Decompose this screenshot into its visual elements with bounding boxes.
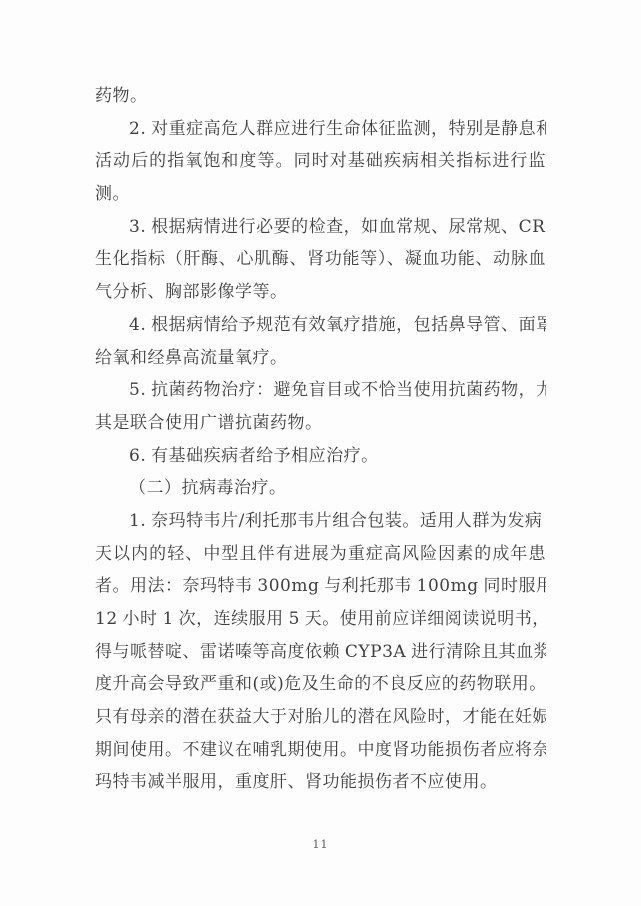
text-line: 药物。 [95,80,546,113]
text-line: 者。用法：奈玛特韦 300mg 与利托那韦 100mg 同时服用，每 [95,570,546,603]
text-line: 度升高会导致严重和(或)危及生命的不良反应的药物联用。 [95,668,546,701]
text-line: 得与哌替啶、雷诺嗪等高度依赖 CYP3A 进行清除且其血浆浓 [95,636,546,669]
text-line: 期间使用。不建议在哺乳期使用。中度肾功能损伤者应将奈 [95,734,546,767]
text-line: 给氧和经鼻高流量氧疗。 [95,342,546,375]
section-heading-antiviral-treatment: （二）抗病毒治疗。 [95,472,546,505]
text-line: 天以内的轻、中型且伴有进展为重症高风险因素的成年患 [95,538,546,571]
text-line-paragraph-6: 6. 有基础疾病者给予相应治疗。 [95,440,546,473]
document-body: 药物。 2. 对重症高危人群应进行生命体征监测，特别是静息和 活动后的指氧饱和度… [95,80,546,799]
text-line: 其是联合使用广谱抗菌药物。 [95,407,546,440]
text-line: 玛特韦减半服用，重度肝、肾功能损伤者不应使用。 [95,766,546,799]
text-line: 12 小时 1 次，连续服用 5 天。使用前应详细阅读说明书，不 [95,603,546,636]
text-line: 生化指标（肝酶、心肌酶、肾功能等）、凝血功能、动脉血 [95,243,546,276]
page-number: 11 [0,838,641,851]
text-line: 活动后的指氧饱和度等。同时对基础疾病相关指标进行监 [95,145,546,178]
text-line-antiviral-item-1-start: 1. 奈玛特韦片/利托那韦片组合包装。适用人群为发病 5 [95,505,546,538]
text-line-paragraph-4-start: 4. 根据病情给予规范有效氧疗措施，包括鼻导管、面罩 [95,309,546,342]
text-line-paragraph-2-start: 2. 对重症高危人群应进行生命体征监测，特别是静息和 [95,113,546,146]
text-line-paragraph-5-start: 5. 抗菌药物治疗：避免盲目或不恰当使用抗菌药物，尤 [95,374,546,407]
text-line: 测。 [95,178,546,211]
document-page: 药物。 2. 对重症高危人群应进行生命体征监测，特别是静息和 活动后的指氧饱和度… [0,0,641,906]
text-line-paragraph-3-start: 3. 根据病情进行必要的检查，如血常规、尿常规、CRP、 [95,211,546,244]
text-line: 只有母亲的潜在获益大于对胎儿的潜在风险时，才能在妊娠 [95,701,546,734]
text-line: 气分析、胸部影像学等。 [95,276,546,309]
